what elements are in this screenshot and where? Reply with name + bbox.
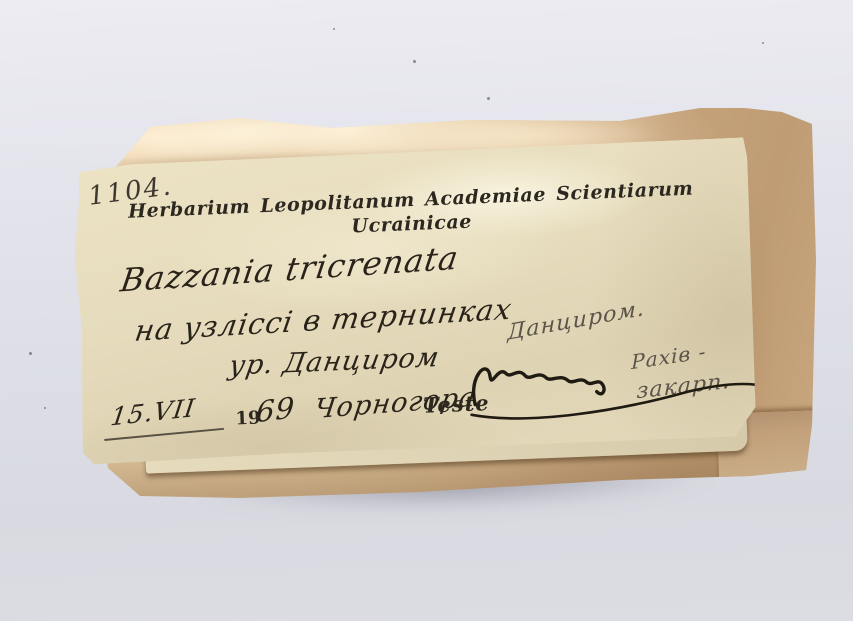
pencil-note-locality: Данциром. [507,296,645,345]
handwritten-year: 69 [255,390,296,429]
dust-speck [29,352,32,355]
dust-speck [413,60,416,63]
dust-speck [44,407,46,409]
photo-background: 1104. Herbarium Leopolitanum Academiae S… [0,0,853,621]
handwritten-date-day-month: 15.VII [109,393,198,431]
herbarium-label: 1104. Herbarium Leopolitanum Academiae S… [71,137,759,464]
envelope-crease-highlight [111,105,382,160]
dust-speck [487,97,490,100]
handwritten-habitat-line: на узліссі в тернинках [133,292,515,348]
handwritten-species-name: Bazzania tricrenata [118,239,461,300]
handwritten-locality-line: ур. Данциром [227,342,442,382]
teste-signature-scrawl [467,341,770,433]
dust-speck [762,42,764,44]
dust-speck [333,28,335,30]
